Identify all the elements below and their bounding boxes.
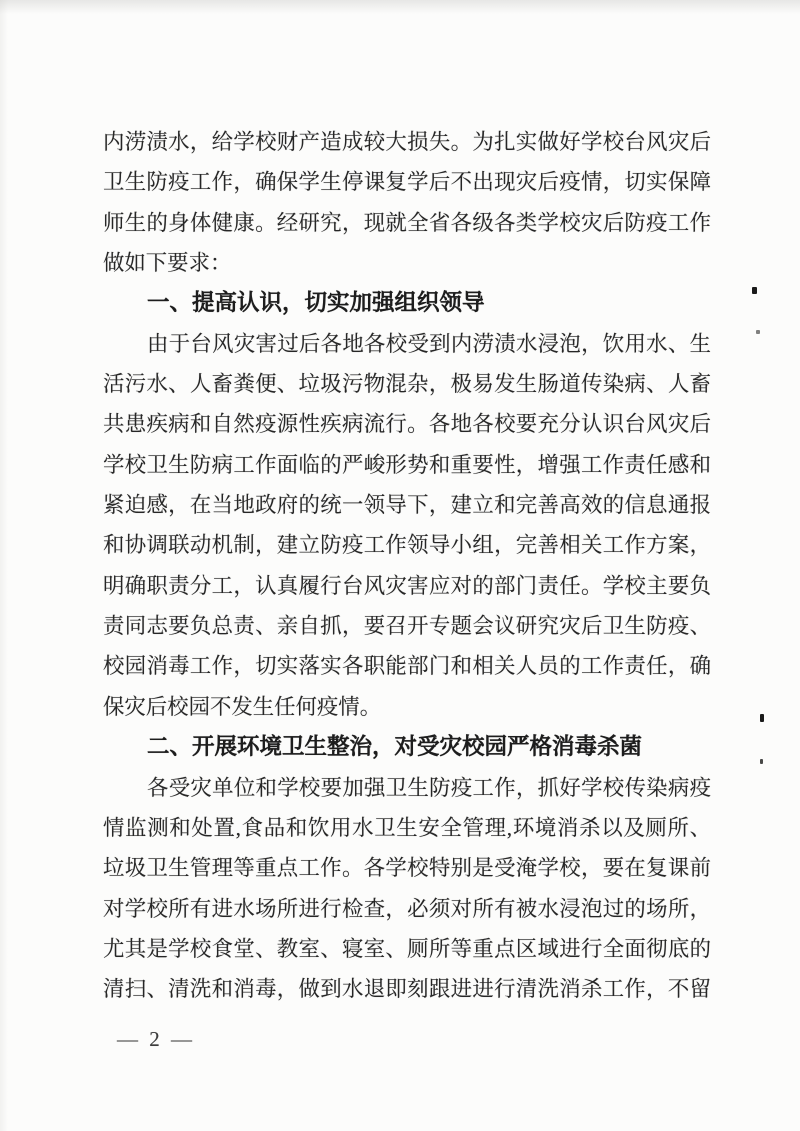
- scan-speck: [756, 330, 760, 334]
- document-line: 各受灾单位和学校要加强卫生防疫工作，抓好学校传染病疫: [103, 768, 711, 808]
- document-line: 内涝渍水，给学校财产造成较大损失。为扎实做好学校台风灾后: [103, 122, 711, 162]
- scan-speck: [752, 287, 757, 294]
- document-line: 共患疾病和自然疫源性疾病流行。各地各校要充分认识台风灾后: [103, 404, 711, 444]
- section-heading: 一、提高认识，切实加强组织领导: [103, 283, 711, 323]
- document-line: 活污水、人畜粪便、垃圾污物混杂，极易发生肠道传染病、人畜: [103, 364, 711, 404]
- document-line: 清扫、清洗和消毒，做到水退即刻跟进进行清洗消杀工作，不留: [103, 969, 711, 1009]
- document-line: 卫生防疫工作，确保学生停课复学后不出现灾后疫情，切实保障: [103, 162, 711, 202]
- document-line: 对学校所有进水场所进行检查，必须对所有被水浸泡过的场所，: [103, 889, 711, 929]
- document-line: 学校卫生防病工作面临的严峻形势和重要性，增强工作责任感和: [103, 445, 711, 485]
- section-heading: 二、开展环境卫生整治，对受灾校园严格消毒杀菌: [103, 727, 711, 767]
- document-line: 和协调联动机制，建立防疫工作领导小组，完善相关工作方案，: [103, 525, 711, 565]
- document-line: 责同志要负总责、亲自抓，要召开专题会议研究灾后卫生防疫、: [103, 606, 711, 646]
- document-line: 紧迫感，在当地政府的统一领导下，建立和完善高效的信息通报: [103, 485, 711, 525]
- scanned-document-page: 内涝渍水，给学校财产造成较大损失。为扎实做好学校台风灾后卫生防疫工作，确保学生停…: [0, 0, 800, 1131]
- text-block: 内涝渍水，给学校财产造成较大损失。为扎实做好学校台风灾后卫生防疫工作，确保学生停…: [103, 122, 711, 1010]
- document-line: 做如下要求：: [103, 243, 711, 283]
- page-number: — 2 —: [117, 1026, 195, 1052]
- scan-speck: [760, 759, 763, 764]
- document-line: 尤其是学校食堂、教室、寝室、厕所等重点区域进行全面彻底的: [103, 929, 711, 969]
- document-line: 由于台风灾害过后各地各校受到内涝渍水浸泡，饮用水、生: [103, 324, 711, 364]
- document-line: 师生的身体健康。经研究，现就全省各级各类学校灾后防疫工作: [103, 203, 711, 243]
- document-line: 校园消毒工作，切实落实各职能部门和相关人员的工作责任，确: [103, 646, 711, 686]
- scan-speck: [760, 714, 764, 722]
- document-line: 明确职责分工，认真履行台风灾害应对的部门责任。学校主要负: [103, 566, 711, 606]
- document-line: 情监测和处置,食品和饮用水卫生安全管理,环境消杀以及厕所、: [103, 808, 711, 848]
- document-line: 垃圾卫生管理等重点工作。各学校特别是受淹学校，要在复课前: [103, 848, 711, 888]
- document-line: 保灾后校园不发生任何疫情。: [103, 687, 711, 727]
